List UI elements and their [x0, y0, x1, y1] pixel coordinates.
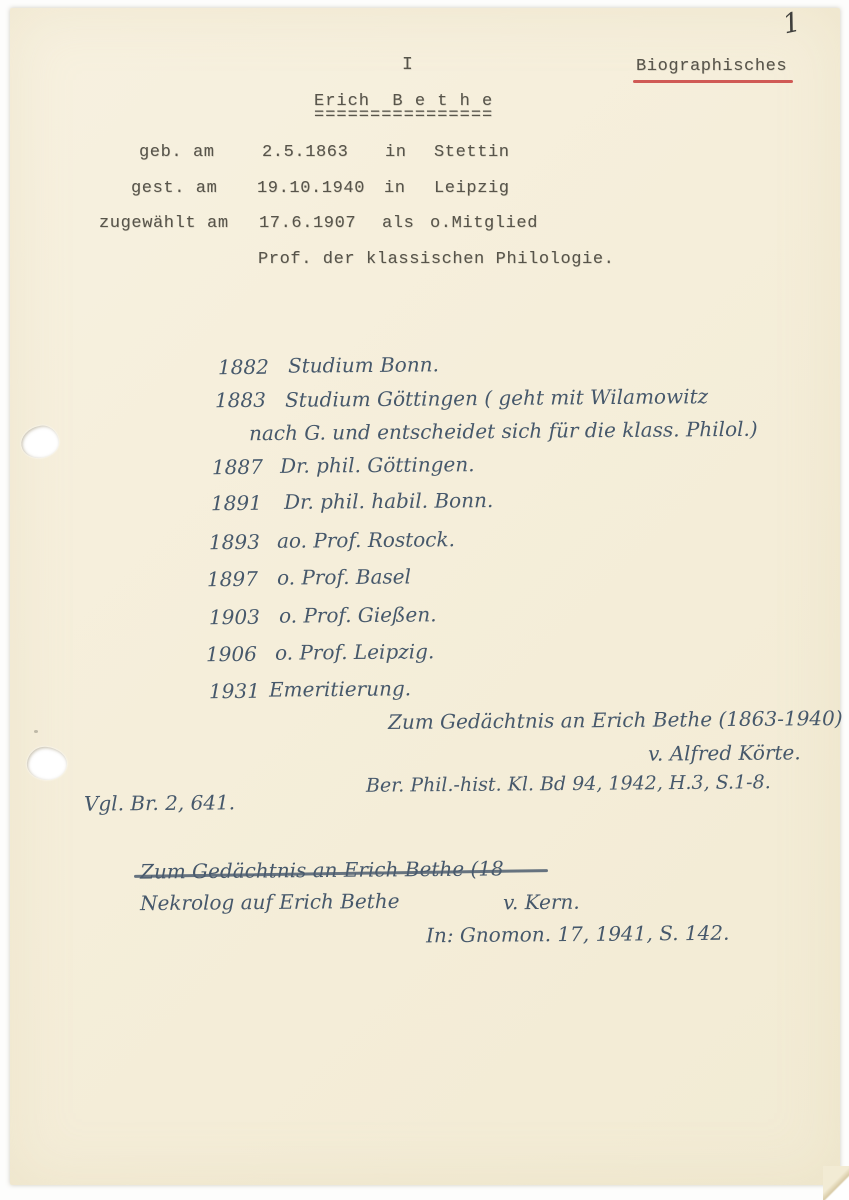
row-died-connector: in: [384, 179, 406, 198]
obituary-1-author: v. Alfred Körte.: [648, 740, 801, 765]
paper-speck: [34, 730, 38, 733]
cv-text: Studium Bonn.: [288, 352, 439, 377]
cv-text: o. Prof. Gießen.: [279, 602, 437, 627]
cv-text-continuation: nach G. und entscheidet sich für die kla…: [249, 417, 758, 445]
cv-text: Emeritierung.: [269, 676, 411, 701]
category-header: Biographisches: [636, 57, 787, 76]
cv-text: ao. Prof. Rostock.: [277, 527, 455, 553]
obituary-1-source: Ber. Phil.-hist. Kl. Bd 94, 1942, H.3, S…: [366, 771, 771, 797]
corner-fold: [823, 1166, 849, 1200]
cv-text: Dr. phil. Göttingen.: [280, 452, 475, 478]
red-underline: [633, 80, 793, 83]
row-born-date: 2.5.1863: [262, 143, 348, 162]
cv-year: 1897: [207, 567, 258, 591]
obituary-2-title: Nekrolog auf Erich Bethe: [140, 889, 400, 915]
scanned-document: 1 I Biographisches Erich B e t h e =====…: [0, 0, 849, 1200]
row-died-date: 19.10.1940: [257, 179, 365, 198]
margin-note: Vgl. Br. 2, 641.: [84, 790, 235, 815]
cv-year: 1893: [209, 530, 260, 554]
obituary-2-source: In: Gnomon. 17, 1941, S. 142.: [426, 921, 730, 948]
row-born-connector: in: [385, 143, 407, 162]
cv-year: 1882: [218, 355, 269, 379]
cv-text: Studium Göttingen ( geht mit Wilamowitz: [285, 384, 708, 412]
cv-year: 1891: [211, 491, 262, 515]
section-numeral: I: [402, 55, 413, 75]
cv-year: 1931: [209, 679, 260, 703]
cv-year: 1883: [215, 388, 266, 412]
row-died-label: gest. am: [131, 179, 217, 198]
cv-text: o. Prof. Basel: [277, 564, 411, 589]
row-elected-connector: als: [382, 214, 414, 233]
row-died-place: Leipzig: [434, 179, 510, 198]
cv-text: Dr. phil. habil. Bonn.: [284, 488, 493, 514]
name-underline: ================: [314, 106, 493, 125]
row-elected-status: o.Mitglied: [430, 214, 538, 233]
obituary-2-author: v. Kern.: [503, 890, 580, 915]
row-born-place: Stettin: [434, 143, 510, 162]
row-elected-date: 17.6.1907: [259, 214, 356, 233]
cv-year: 1906: [206, 642, 257, 666]
cv-year: 1903: [209, 605, 260, 629]
row-born-label: geb. am: [139, 143, 215, 162]
profession-line: Prof. der klassischen Philologie.: [258, 250, 614, 269]
obituary-1-title: Zum Gedächtnis an Erich Bethe (1863-1940…: [388, 706, 843, 734]
cv-text: o. Prof. Leipzig.: [275, 639, 434, 664]
cv-year: 1887: [212, 455, 263, 479]
row-elected-label: zugewählt am: [99, 214, 229, 233]
